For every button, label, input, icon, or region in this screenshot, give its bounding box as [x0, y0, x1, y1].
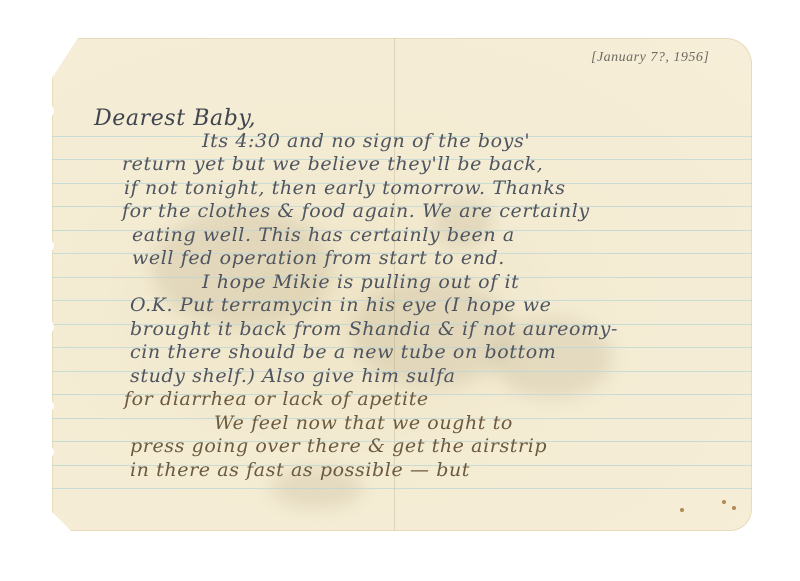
salutation: Dearest Baby, [94, 106, 256, 131]
ink-spot [732, 506, 736, 510]
letter-line: in there as fast as possible — but [130, 459, 470, 481]
letter-line: press going over there & get the airstri… [130, 435, 547, 457]
letter-line: for the clothes & food again. We are cer… [122, 200, 590, 222]
ink-spot [722, 500, 726, 504]
letter-line: return yet but we believe they'll be bac… [122, 153, 543, 175]
letter-line: study shelf.) Also give him sulfa [130, 365, 456, 387]
letter-line: cin there should be a new tube on bottom [130, 341, 556, 363]
letter-line: We feel now that we ought to [214, 412, 513, 434]
torn-edge [38, 158, 52, 168]
letter-line: well fed operation from start to end. [132, 247, 505, 269]
torn-edge [40, 400, 54, 412]
letter-line: brought it back from Shandia & if not au… [130, 318, 618, 340]
torn-edge [36, 142, 52, 156]
torn-edge [40, 446, 54, 458]
letter-line: eating well. This has certainly been a [132, 224, 515, 246]
torn-edge [40, 320, 54, 334]
torn-edge [40, 104, 54, 118]
letter-line: if not tonight, then early tomorrow. Tha… [124, 177, 566, 199]
torn-edge [42, 240, 54, 252]
letter-line: for diarrhea or lack of apetite [124, 388, 429, 410]
letter-page: [January 7?, 1956] Dearest Baby, Its 4:3… [52, 38, 752, 531]
letter-line: Its 4:30 and no sign of the boys' [202, 130, 530, 152]
letter-line: O.K. Put terramycin in his eye (I hope w… [130, 294, 552, 316]
archival-date-note: [January 7?, 1956] [591, 50, 709, 66]
letter-line: I hope Mikie is pulling out of it [202, 271, 519, 293]
ink-spot [680, 508, 684, 512]
